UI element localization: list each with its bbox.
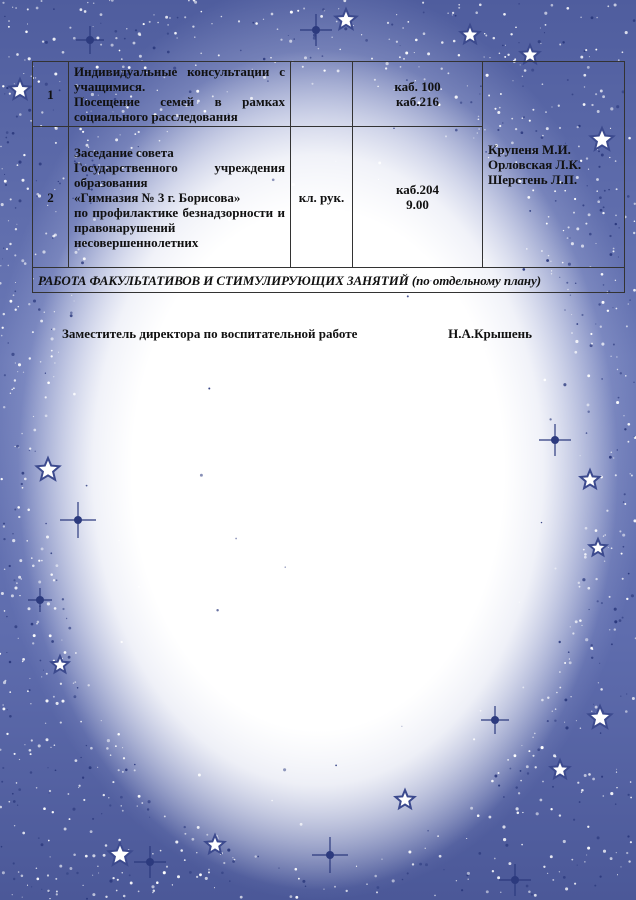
- participants: кл. рук.: [291, 127, 353, 268]
- responsible-persons: Крупеня М.И. Орловская Л.К. Шерстень Л.П…: [483, 62, 625, 268]
- event-line: Заседание совета: [74, 145, 285, 160]
- section-row: РАБОТА ФАКУЛЬТАТИВОВ И СТИМУЛИРУЮЩИХ ЗАН…: [33, 268, 625, 293]
- signature-name: Н.А.Крышень: [448, 326, 532, 342]
- event-line: «Гимназия № 3 г. Борисова»: [74, 190, 285, 205]
- event-description: Заседание совета Государственного учрежд…: [69, 127, 291, 268]
- responsible-line: Орловская Л.К.: [488, 157, 619, 172]
- document-page: 1 Индивидуальные консультации с учащимис…: [0, 0, 636, 900]
- place-line: 9.00: [358, 197, 477, 212]
- place-line: каб.216: [358, 94, 477, 109]
- row-number: 2: [33, 127, 69, 268]
- responsible-line: Шерстень Л.П.: [488, 172, 619, 187]
- event-line: Государственного учреждения образования: [74, 160, 285, 190]
- event-line: Индивидуальные консультации с учащимися.: [74, 64, 285, 94]
- signature-block: Заместитель директора по воспитательной …: [62, 326, 532, 342]
- place-time: каб. 100 каб.216: [353, 62, 483, 127]
- participants: [291, 62, 353, 127]
- event-description: Индивидуальные консультации с учащимися.…: [69, 62, 291, 127]
- place-time: каб.204 9.00: [353, 127, 483, 268]
- activity-plan-table: 1 Индивидуальные консультации с учащимис…: [32, 61, 625, 293]
- responsible-line: Крупеня М.И.: [488, 142, 619, 157]
- event-line: по профилактике безнадзорности и правона…: [74, 205, 285, 250]
- place-line: каб.204: [358, 182, 477, 197]
- event-line: Посещение семей в рамках социального рас…: [74, 94, 285, 124]
- place-line: каб. 100: [358, 79, 477, 94]
- row-number: 1: [33, 62, 69, 127]
- section-cell: РАБОТА ФАКУЛЬТАТИВОВ И СТИМУЛИРУЮЩИХ ЗАН…: [33, 268, 625, 293]
- signature-position: Заместитель директора по воспитательной …: [62, 326, 357, 342]
- table-row: 1 Индивидуальные консультации с учащимис…: [33, 62, 625, 127]
- section-title: РАБОТА ФАКУЛЬТАТИВОВ И СТИМУЛИРУЮЩИХ ЗАН…: [38, 273, 541, 288]
